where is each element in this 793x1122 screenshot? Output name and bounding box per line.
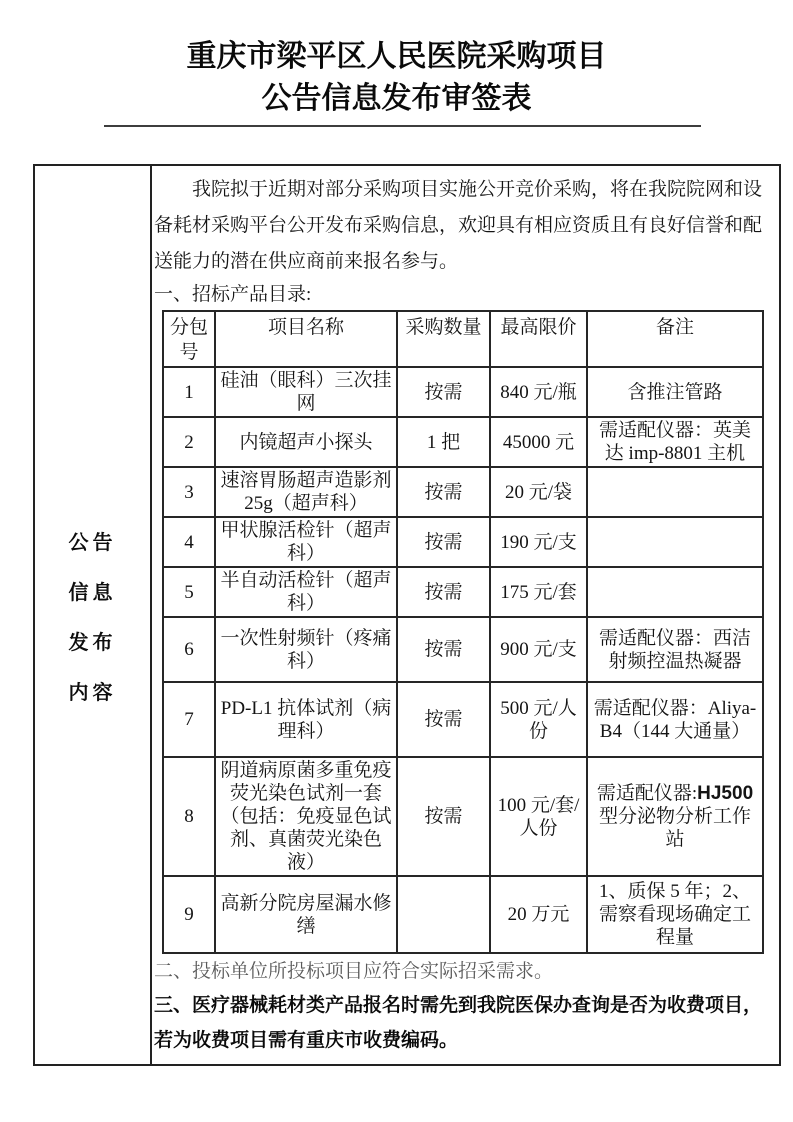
cell-project-name: 内镜超声小探头 [215,417,397,467]
page: 重庆市梁平区人民医院采购项目 公告信息发布审签表 公告 信息 发布 内容 我院拟… [0,0,793,1066]
table-row: 7 PD-L1 抗体试剂（病理科） 按需 500 元/人份 需适配仪器：Aliy… [163,682,763,757]
cell-project-name: 硅油（眼科）三次挂网 [215,367,397,417]
cell-note [587,517,763,567]
cell-project-name: 甲状腺活检针（超声科） [215,517,397,567]
document-title: 重庆市梁平区人民医院采购项目 公告信息发布审签表 [0,0,793,120]
cell-quantity: 按需 [397,367,490,417]
cell-quantity: 按需 [397,467,490,517]
header-package-no: 分包号 [163,311,215,367]
cell-note [587,467,763,517]
intro-paragraph: 我院拟于近期对部分采购项目实施公开竞价采购，将在我院院网和设备耗材采购平台公开发… [154,172,775,280]
table-row: 4 甲状腺活检针（超声科） 按需 190 元/支 [163,517,763,567]
cell-max-price: 20 元/袋 [490,467,587,517]
cell-note: 需适配仪器：西洁射频控温热凝器 [587,617,763,682]
cell-quantity: 按需 [397,682,490,757]
row-label-line: 发布 [69,626,117,655]
cell-package-no: 9 [163,876,215,953]
cell-project-name: 速溶胃肠超声造影剂 25g（超声科） [215,467,397,517]
row-label-cell: 公告 信息 发布 内容 [35,166,152,1064]
cell-project-name: 半自动活检针（超声科） [215,567,397,617]
table-row: 6 一次性射频针（疼痛科） 按需 900 元/支 需适配仪器：西洁射频控温热凝器 [163,617,763,682]
cell-project-name: PD-L1 抗体试剂（病理科） [215,682,397,757]
note-text: 需适配仪器: [597,783,697,804]
table-row: 5 半自动活检针（超声科） 按需 175 元/套 [163,567,763,617]
header-max-price: 最高限价 [490,311,587,367]
cell-project-name: 阴道病原菌多重免疫荧光染色试剂一套（包括：免疫显色试剂、真菌荧光染色液） [215,757,397,876]
cell-quantity: 按需 [397,567,490,617]
cell-max-price: 100 元/套/人份 [490,757,587,876]
note-text: 含推注管路 [627,382,722,403]
note-text: 1、质保 5 年；2、需察看现场确定工程量 [599,881,751,948]
section3-note: 三、医疗器械耗材类产品报名时需先到我院医保办查询是否为收费项目，若为收费项目需有… [154,988,775,1058]
cell-max-price: 840 元/瓶 [490,367,587,417]
table-row: 9 高新分院房屋漏水修缮 20 万元 1、质保 5 年；2、需察看现场确定工程量 [163,876,763,953]
cell-note: 1、质保 5 年；2、需察看现场确定工程量 [587,876,763,953]
cell-quantity [397,876,490,953]
note-rest-text: 型分泌物分析工作站 [599,806,751,850]
note-text: 需适配仪器：Aliya-B4（144 大通量） [594,698,757,742]
cell-note: 需适配仪器：Aliya-B4（144 大通量） [587,682,763,757]
row-label-line: 内容 [69,676,117,705]
header-project-name: 项目名称 [215,311,397,367]
cell-package-no: 1 [163,367,215,417]
cell-package-no: 5 [163,567,215,617]
cell-note: 需适配仪器：英美达 imp-8801 主机 [587,417,763,467]
cell-max-price: 45000 元 [490,417,587,467]
table-row: 8 阴道病原菌多重免疫荧光染色试剂一套（包括：免疫显色试剂、真菌荧光染色液） 按… [163,757,763,876]
cell-max-price: 900 元/支 [490,617,587,682]
cell-quantity: 1 把 [397,417,490,467]
catalog-heading: 一、招标产品目录: [154,281,775,308]
cell-package-no: 2 [163,417,215,467]
cell-package-no: 3 [163,467,215,517]
catalog-table: 分包号 项目名称 采购数量 最高限价 备注 1 硅油（眼科）三次挂网 按需 84… [162,310,764,954]
table-row: 2 内镜超声小探头 1 把 45000 元 需适配仪器：英美达 imp-8801… [163,417,763,467]
form-content-cell: 我院拟于近期对部分采购项目实施公开竞价采购，将在我院院网和设备耗材采购平台公开发… [152,166,779,1064]
cell-max-price: 175 元/套 [490,567,587,617]
approval-form-table: 公告 信息 发布 内容 我院拟于近期对部分采购项目实施公开竞价采购，将在我院院网… [33,164,781,1066]
table-row: 1 硅油（眼科）三次挂网 按需 840 元/瓶 含推注管路 [163,367,763,417]
cell-project-name: 高新分院房屋漏水修缮 [215,876,397,953]
cell-max-price: 500 元/人份 [490,682,587,757]
document-title-line2: 公告信息发布审签表 [0,78,793,120]
cell-note: 需适配仪器:HJ500型分泌物分析工作站 [587,757,763,876]
document-title-line1: 重庆市梁平区人民医院采购项目 [0,36,793,78]
note-text: 需适配仪器：英美达 imp-8801 主机 [599,420,751,464]
cell-note: 含推注管路 [587,367,763,417]
cell-quantity: 按需 [397,517,490,567]
cell-max-price: 20 万元 [490,876,587,953]
catalog-header-row: 分包号 项目名称 采购数量 最高限价 备注 [163,311,763,367]
row-label-line: 公告 [69,526,117,555]
cell-package-no: 4 [163,517,215,567]
header-note: 备注 [587,311,763,367]
cell-package-no: 8 [163,757,215,876]
note-bold-text: HJ500 [697,783,753,804]
cell-package-no: 7 [163,682,215,757]
cell-max-price: 190 元/支 [490,517,587,567]
title-divider [104,125,701,127]
cell-quantity: 按需 [397,757,490,876]
cell-project-name: 一次性射频针（疼痛科） [215,617,397,682]
cell-quantity: 按需 [397,617,490,682]
cell-package-no: 6 [163,617,215,682]
header-quantity: 采购数量 [397,311,490,367]
row-label-line: 信息 [69,576,117,605]
note-text: 需适配仪器：西洁射频控温热凝器 [599,628,751,672]
cell-note [587,567,763,617]
section2-note: 二、投标单位所投标项目应符合实际招采需求。 [154,959,775,985]
table-row: 3 速溶胃肠超声造影剂 25g（超声科） 按需 20 元/袋 [163,467,763,517]
